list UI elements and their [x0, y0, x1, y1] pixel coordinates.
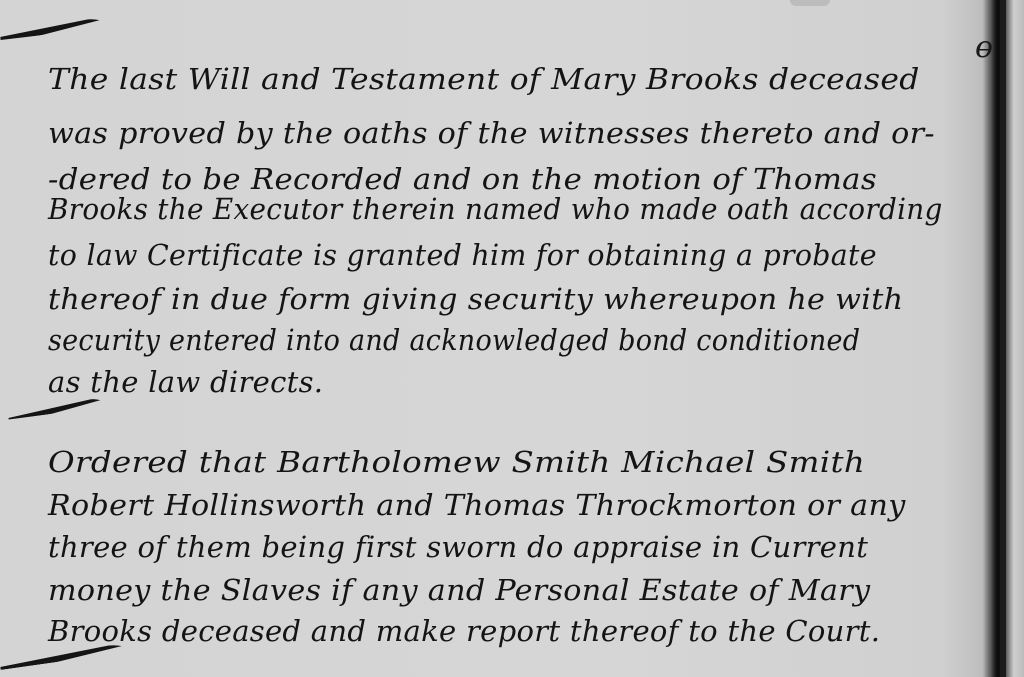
- record-line: was proved by the oaths of the witnesses…: [48, 116, 935, 150]
- record-line: money the Slaves if any and Personal Est…: [48, 573, 870, 607]
- page-corner-flourish: ɵ: [975, 30, 993, 65]
- record-line: to law Certificate is granted him for ob…: [48, 238, 877, 272]
- binding-edge: [1000, 0, 1006, 677]
- record-line: Robert Hollinsworth and Thomas Throckmor…: [48, 488, 906, 522]
- record-line: Ordered that Bartholomew Smith Michael S…: [48, 445, 865, 479]
- record-line: Brooks the Executor therein named who ma…: [48, 192, 943, 226]
- record-line: Brooks deceased and make report thereof …: [48, 614, 880, 648]
- record-line: security entered into and acknowledged b…: [48, 323, 860, 357]
- record-line: The last Will and Testament of Mary Broo…: [48, 62, 920, 96]
- record-line: as the law directs.: [48, 365, 323, 399]
- paper-stain: [790, 0, 830, 6]
- record-line: three of them being first sworn do appra…: [48, 530, 868, 564]
- record-line: thereof in due form giving security wher…: [48, 282, 903, 316]
- record-line: -dered to be Recorded and on the motion …: [48, 162, 877, 196]
